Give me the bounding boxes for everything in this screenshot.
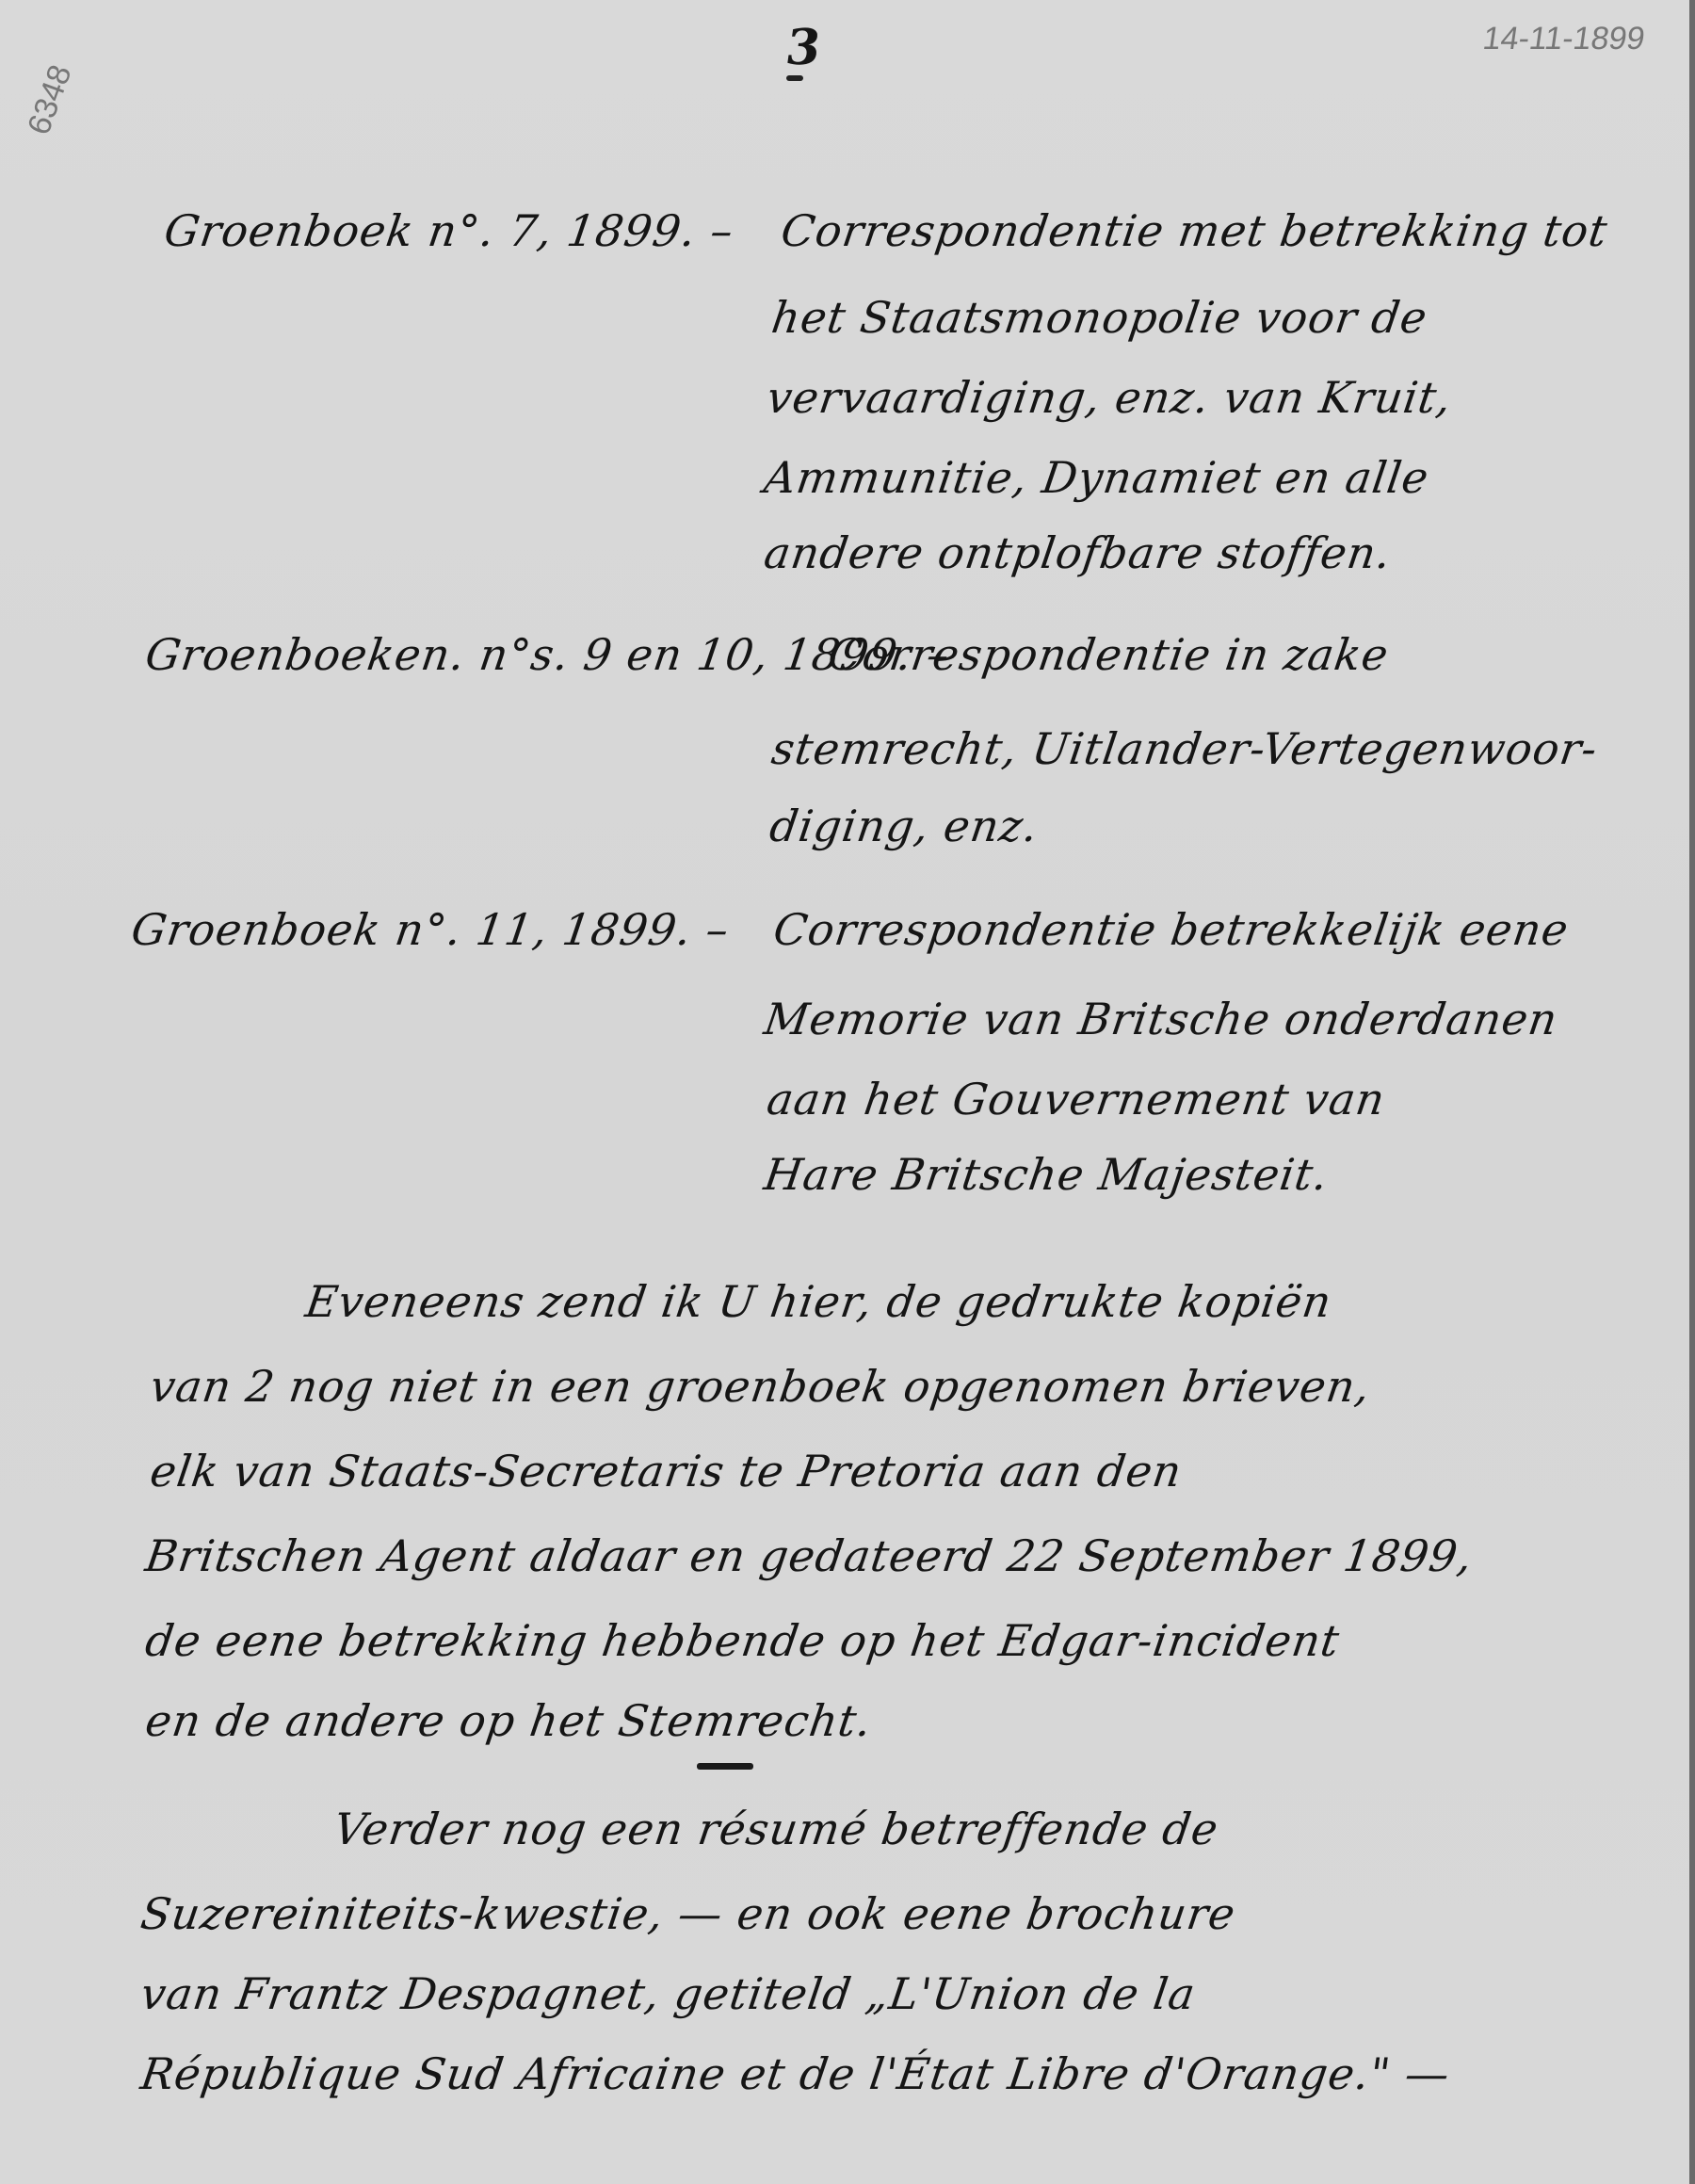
entry-line: vervaardiging, enz. van Kruit, bbox=[764, 372, 1455, 423]
paragraph-line: en de andere op het Stemrecht. bbox=[142, 1695, 875, 1746]
page-edge bbox=[1689, 0, 1695, 2184]
entry-line: het Staatsmonopolie voor de bbox=[768, 292, 1430, 343]
paragraph-line: elk van Staats-Secretaris te Pretoria aa… bbox=[147, 1446, 1186, 1496]
section-divider bbox=[697, 1763, 753, 1770]
entry-line: aan het Gouvernement van bbox=[764, 1074, 1388, 1124]
date-stamp: 14-11-1899 bbox=[1480, 21, 1647, 57]
paragraph-line: Verder nog een résumé betreffende de bbox=[331, 1804, 1221, 1854]
paragraph-line: de eene betrekking hebbende op het Edgar… bbox=[142, 1615, 1343, 1666]
entry-line: andere ontplofbare stoffen. bbox=[761, 527, 1395, 578]
entry-label: Groenboek n°. 7, 1899. – bbox=[161, 205, 736, 256]
entry-line: Hare Britsche Majesteit. bbox=[761, 1149, 1332, 1200]
paragraph-line: Suzereiniteits-kwestie, — en ook eene br… bbox=[137, 1888, 1238, 1939]
entry-line: Correspondentie in zake bbox=[825, 629, 1392, 680]
entry-line: Ammunitie, Dynamiet en alle bbox=[761, 452, 1432, 503]
paragraph-line: van Frantz Despagnet, getiteld „L'Union … bbox=[137, 1968, 1199, 2019]
entry-line: Correspondentie met betrekking tot bbox=[778, 205, 1611, 256]
entry-label: Groenboek n°. 11, 1899. – bbox=[128, 904, 733, 955]
entry-line: Memorie van Britsche onderdanen bbox=[761, 994, 1561, 1044]
page-number-underline bbox=[786, 75, 803, 81]
paragraph-line: van 2 nog niet in een groenboek opgenome… bbox=[147, 1361, 1374, 1412]
paragraph-line: République Sud Africaine et de l'État Li… bbox=[137, 2048, 1453, 2099]
entry-line: stemrecht, Uitlander-Vertegenwoor- bbox=[768, 723, 1601, 774]
paragraph-line: Britschen Agent aldaar en gedateerd 22 S… bbox=[142, 1530, 1476, 1581]
entry-line: Correspondentie betrekkelijk eene bbox=[770, 904, 1572, 955]
entry-line: diging, enz. bbox=[767, 801, 1041, 851]
paragraph-line: Eveneens zend ik U hier, de gedrukte kop… bbox=[302, 1276, 1335, 1327]
